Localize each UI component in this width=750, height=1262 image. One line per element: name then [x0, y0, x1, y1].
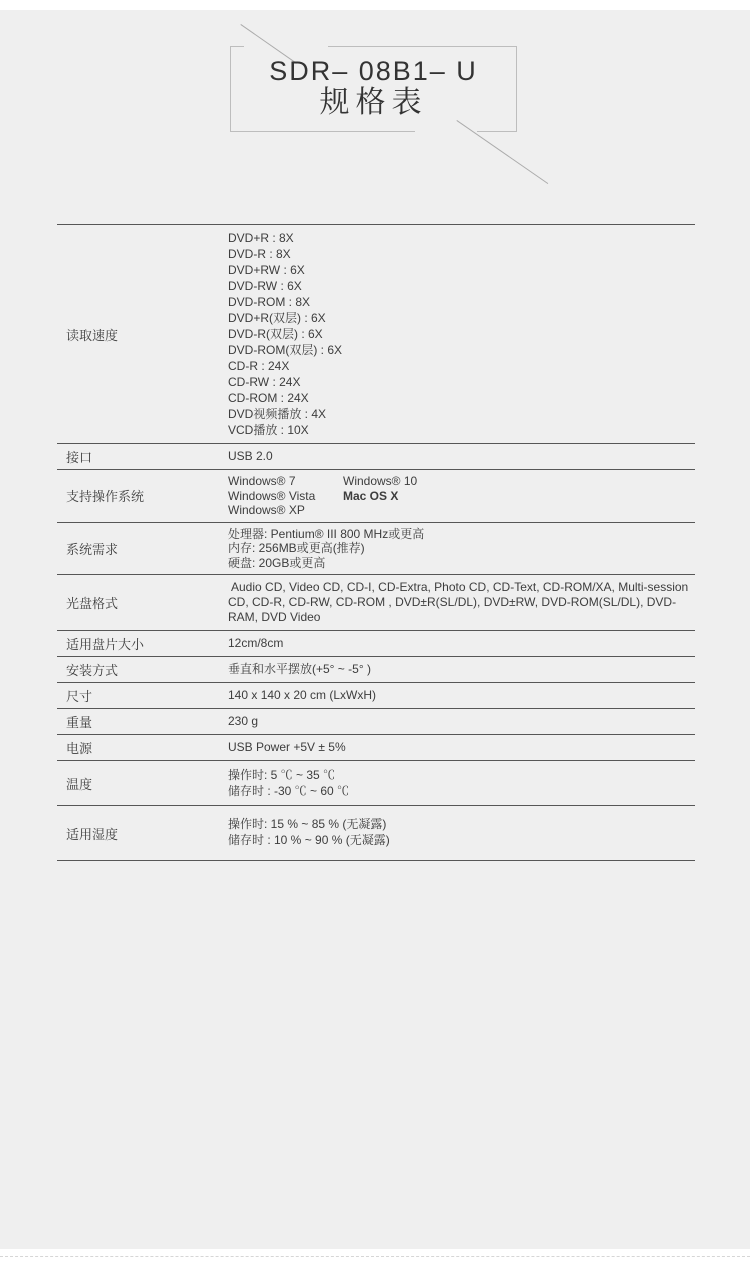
spec-value: 操作时: 15 % ~ 85 % (无凝露) 储存时 : 10 % ~ 90 %… — [228, 806, 695, 860]
spec-value-line: CD-ROM : 24X — [228, 390, 695, 406]
spec-value-line: 操作时: 15 % ~ 85 % (无凝露) — [228, 817, 695, 833]
spec-value-line: DVD-R(双层) : 6X — [228, 326, 695, 342]
spec-label: 重量 — [57, 709, 228, 734]
spec-row-dimensions: 尺寸 140 x 140 x 20 cm (LxWxH) — [57, 683, 695, 709]
spec-value: 230 g — [228, 709, 695, 734]
spec-value-line: VCD播放 : 10X — [228, 422, 695, 438]
spec-label: 读取速度 — [57, 225, 228, 443]
spec-row-weight: 重量 230 g — [57, 709, 695, 735]
spec-label: 系统需求 — [57, 523, 228, 575]
spec-label: 适用湿度 — [57, 806, 228, 860]
spec-row-mounting: 安装方式 垂直和水平摆放(+5° ~ -5° ) — [57, 657, 695, 683]
spec-row-disc-size: 适用盘片大小 12cm/8cm — [57, 631, 695, 657]
spec-value-line: Windows® 7 — [228, 474, 343, 489]
spec-value-line: Windows® Vista — [228, 489, 343, 504]
os-column-2: Windows® 10 Mac OS X — [343, 474, 417, 518]
spec-value-line: DVD-R : 8X — [228, 246, 695, 262]
spec-label: 温度 — [57, 761, 228, 805]
spec-table: 读取速度 DVD+R : 8X DVD-R : 8X DVD+RW : 6X D… — [57, 224, 695, 861]
spec-value-line: DVD+R(双层) : 6X — [228, 310, 695, 326]
spec-label: 适用盘片大小 — [57, 631, 228, 656]
spec-row-disc-formats: 光盘格式 Audio CD, Video CD, CD-I, CD-Extra,… — [57, 575, 695, 631]
spec-sheet-subtitle: 规格表 — [230, 86, 517, 120]
spec-sheet-page: SDR– 08B1– U 规格表 读取速度 DVD+R : 8X DVD-R :… — [0, 0, 750, 1262]
spec-value: DVD+R : 8X DVD-R : 8X DVD+RW : 6X DVD-RW… — [228, 225, 695, 443]
spec-value-line: CD-RW : 24X — [228, 374, 695, 390]
spec-value-line: Windows® XP — [228, 503, 343, 518]
spec-row-read-speed: 读取速度 DVD+R : 8X DVD-R : 8X DVD+RW : 6X D… — [57, 225, 695, 444]
spec-value-line: DVD-ROM(双层) : 6X — [228, 342, 695, 358]
spec-value: Audio CD, Video CD, CD-I, CD-Extra, Phot… — [228, 575, 695, 630]
spec-value: Windows® 7 Windows® Vista Windows® XP Wi… — [228, 470, 695, 522]
spec-row-power: 电源 USB Power +5V ± 5% — [57, 735, 695, 761]
spec-value-line: DVD+RW : 6X — [228, 262, 695, 278]
spec-row-humidity: 适用湿度 操作时: 15 % ~ 85 % (无凝露) 储存时 : 10 % ~… — [57, 806, 695, 861]
spec-value: USB 2.0 — [228, 444, 695, 469]
spec-value-line: DVD-RW : 6X — [228, 278, 695, 294]
spec-value-line: Windows® 10 — [343, 474, 417, 489]
spec-value-line: DVD+R : 8X — [228, 230, 695, 246]
spec-value-line: 储存时 : 10 % ~ 90 % (无凝露) — [228, 833, 695, 849]
product-model-title: SDR– 08B1– U — [230, 56, 517, 86]
spec-value: USB Power +5V ± 5% — [228, 735, 695, 760]
spec-value: 垂直和水平摆放(+5° ~ -5° ) — [228, 657, 695, 682]
bottom-white-strip — [0, 1249, 750, 1262]
spec-value-line: DVD视频播放 : 4X — [228, 406, 695, 422]
spec-value-line: 内存: 256MB或更高(推荐) — [228, 541, 695, 556]
spec-value-line: 操作时: 5 ℃ ~ 35 ℃ — [228, 768, 695, 784]
spec-value-line: DVD-ROM : 8X — [228, 294, 695, 310]
title-block: SDR– 08B1– U 规格表 — [230, 46, 517, 132]
spec-value: 处理器: Pentium® III 800 MHz或更高 内存: 256MB或更… — [228, 523, 695, 575]
spec-value: 12cm/8cm — [228, 631, 695, 656]
spec-row-system-requirements: 系统需求 处理器: Pentium® III 800 MHz或更高 内存: 25… — [57, 523, 695, 576]
spec-value-line: 处理器: Pentium® III 800 MHz或更高 — [228, 527, 695, 542]
spec-value-line: 储存时 : -30 ℃ ~ 60 ℃ — [228, 784, 695, 800]
spec-row-interface: 接口 USB 2.0 — [57, 444, 695, 470]
spec-label: 尺寸 — [57, 683, 228, 708]
spec-value-line: 硬盘: 20GB或更高 — [228, 556, 695, 571]
os-column-1: Windows® 7 Windows® Vista Windows® XP — [228, 474, 343, 518]
spec-value: 操作时: 5 ℃ ~ 35 ℃ 储存时 : -30 ℃ ~ 60 ℃ — [228, 761, 695, 805]
spec-row-temperature: 温度 操作时: 5 ℃ ~ 35 ℃ 储存时 : -30 ℃ ~ 60 ℃ — [57, 761, 695, 806]
bottom-dotted-divider — [0, 1256, 750, 1257]
spec-label: 光盘格式 — [57, 575, 228, 630]
spec-label: 接口 — [57, 444, 228, 469]
spec-label: 支持操作系统 — [57, 470, 228, 522]
spec-value-line: Mac OS X — [343, 489, 417, 504]
spec-label: 安装方式 — [57, 657, 228, 682]
spec-value: 140 x 140 x 20 cm (LxWxH) — [228, 683, 695, 708]
top-white-strip — [0, 0, 750, 10]
spec-row-supported-os: 支持操作系统 Windows® 7 Windows® Vista Windows… — [57, 470, 695, 523]
spec-value-line: CD-R : 24X — [228, 358, 695, 374]
spec-label: 电源 — [57, 735, 228, 760]
